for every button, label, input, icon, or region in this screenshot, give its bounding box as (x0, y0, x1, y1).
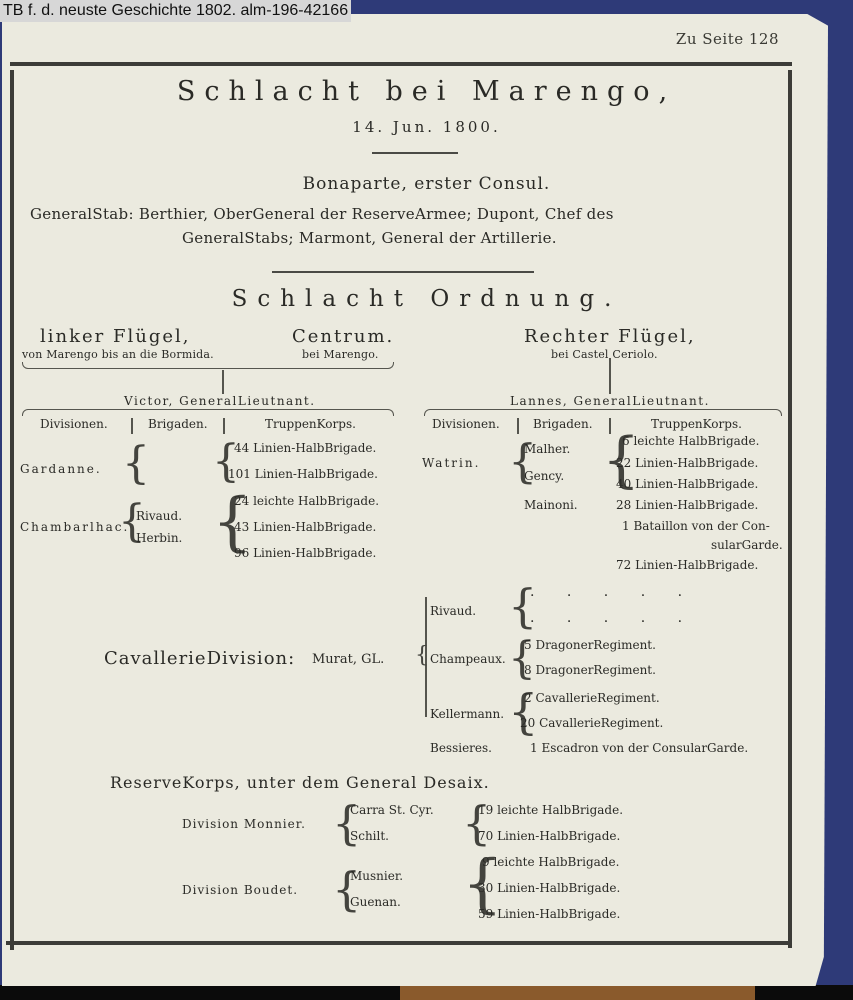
brigade-item: Carra St. Cyr. (350, 803, 434, 817)
left-header-sep-2 (223, 418, 225, 434)
center-subtitle: bei Marengo. (302, 348, 379, 361)
left-header-divisions: Divisionen. (40, 417, 108, 431)
brigade-item: Herbin. (136, 531, 182, 545)
placeholder-dots: . . . . . (530, 610, 696, 626)
page-reference: Zu Seite 128 (676, 30, 779, 48)
troop-item: 8 DragonerRegiment. (524, 663, 656, 677)
brigade-item: Guenan. (350, 895, 401, 909)
cavalry-brigade-champeaux: Champeaux. (430, 652, 506, 666)
left-header-brigades: Brigaden. (148, 417, 208, 431)
brigade-item: Schilt. (350, 829, 389, 843)
troop-item: 72 Linien-HalbBrigade. (616, 558, 758, 572)
reserve-corps-title: ReserveKorps, unter dem General Desaix. (110, 773, 490, 792)
troop-item: 96 Linien-HalbBrigade. (234, 546, 376, 560)
troop-item: 30 Linien-HalbBrigade. (478, 881, 620, 895)
background-leather (400, 985, 755, 1000)
troop-item: 24 leichte HalbBrigade. (234, 494, 379, 508)
document-title: Schlacht bei Marengo, (0, 76, 853, 107)
troop-item: 28 Linien-HalbBrigade. (616, 498, 758, 512)
left-wing-subtitle: von Marengo bis an die Bormida. (22, 348, 214, 361)
left-header-troops: TruppenKorps. (265, 417, 356, 431)
image-caption: TB f. d. neuste Geschichte 1802. alm-196… (0, 0, 351, 22)
troop-item: 70 Linien-HalbBrigade. (478, 829, 620, 843)
general-stab-line-1: GeneralStab: Berthier, OberGeneral der R… (30, 205, 614, 223)
left-center-brace (22, 362, 394, 369)
left-columns-brace (22, 409, 394, 416)
cavalry-commander: Murat, GL. (312, 652, 384, 667)
placeholder-dots: . . . . . (530, 584, 696, 600)
troop-item: 1 Escadron von der ConsularGarde. (530, 741, 748, 755)
brigade-mainoni: Mainoni. (524, 498, 578, 512)
troop-item: sularGarde. (711, 538, 783, 552)
brigade-item: Musnier. (350, 869, 403, 883)
troop-item: 2 CavallerieRegiment. (524, 691, 660, 705)
troop-item: 101 Linien-HalbBrigade. (228, 467, 378, 481)
brace-icon: { (122, 442, 150, 486)
consul-line: Bonaparte, erster Consul. (0, 174, 853, 194)
brigade-item: Rivaud. (136, 509, 182, 523)
brace-icon: { (415, 645, 429, 667)
right-wing-title: Rechter Flügel, (524, 326, 696, 347)
division-boudet: Division Boudet. (182, 883, 298, 897)
division-watrin: Watrin. (422, 456, 480, 470)
left-header-sep-1 (131, 418, 133, 434)
troop-item: 1 Bataillon von der Con- (622, 519, 770, 533)
cavalry-division-label: CavallerieDivision: (104, 648, 295, 669)
section-divider (272, 271, 534, 273)
troop-item: 6 leichte HalbBrigade. (622, 434, 759, 448)
order-of-battle-title: Schlacht Ordnung. (0, 286, 853, 312)
right-header-troops: TruppenKorps. (651, 417, 742, 431)
frame-bottom-rule (6, 941, 792, 945)
troop-item: 5 DragonerRegiment. (524, 638, 656, 652)
right-header-brigades: Brigaden. (533, 417, 593, 431)
brigade-item: Gency. (524, 469, 564, 483)
right-wing-subtitle: bei Castel Ceriolo. (551, 348, 658, 361)
troop-item: 40 Linien-HalbBrigade. (616, 477, 758, 491)
troop-item: 22 Linien-HalbBrigade. (616, 456, 758, 470)
left-commander: Victor, GeneralLieutnant. (124, 394, 316, 408)
troop-item: 19 leichte HalbBrigade. (478, 803, 623, 817)
troop-item: 9 leichte HalbBrigade. (482, 855, 619, 869)
brigade-item: Malher. (524, 442, 570, 456)
right-columns-brace (424, 409, 782, 416)
troop-item: 43 Linien-HalbBrigade. (234, 520, 376, 534)
center-title: Centrum. (292, 326, 394, 347)
cavalry-brigade-rivaud: Rivaud. (430, 604, 476, 618)
right-commander: Lannes, GeneralLieutnant. (510, 394, 710, 408)
battle-date: 14. Jun. 1800. (0, 118, 853, 136)
right-header-divisions: Divisionen. (432, 417, 500, 431)
left-connector-line (222, 370, 224, 394)
general-stab-line-2: GeneralStabs; Marmont, General der Artil… (182, 229, 557, 247)
troop-item: 20 CavallerieRegiment. (520, 716, 663, 730)
cavalry-brigade-kellermann: Kellermann. (430, 707, 504, 721)
right-connector-line (609, 358, 611, 394)
right-header-sep-1 (517, 418, 519, 434)
title-divider (372, 152, 458, 154)
troop-item: 59 Linien-HalbBrigade. (478, 907, 620, 921)
division-monnier: Division Monnier. (182, 817, 306, 831)
division-gardanne: Gardanne. (20, 462, 102, 476)
frame-right-rule (788, 70, 792, 948)
troop-item: 44 Linien-HalbBrigade. (234, 441, 376, 455)
left-wing-title: linker Flügel, (40, 326, 190, 347)
frame-left-rule (10, 70, 14, 950)
cavalry-bessieres: Bessieres. (430, 741, 492, 755)
division-chambarlhac: Chambarlhac. (20, 520, 129, 534)
